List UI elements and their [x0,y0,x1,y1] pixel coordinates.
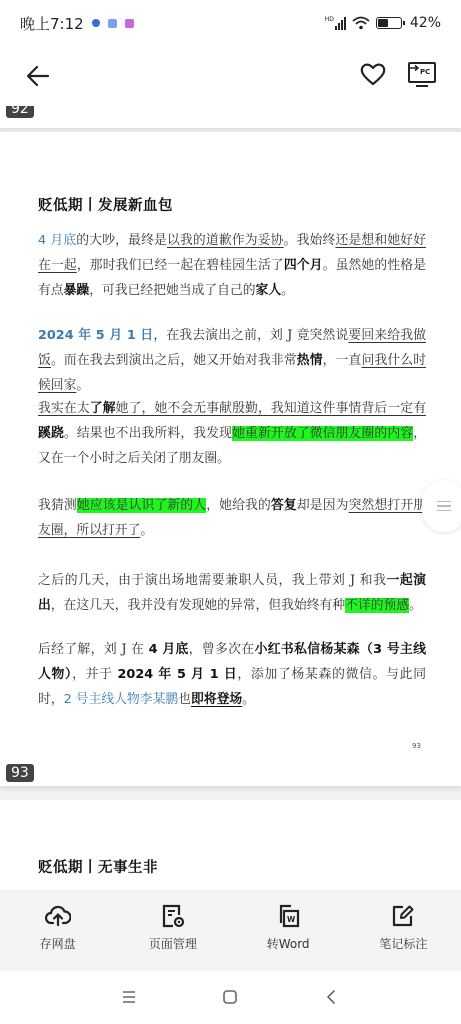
floating-menu-button[interactable] [422,480,461,532]
paragraph-1: 4 月底的大吵，最终是以我的道歉作为妥协。我始终还是想和她好好在一起，那时我们已… [38,228,426,303]
menu-icon[interactable] [117,985,141,1009]
highlight: 不详的预感 [345,598,409,613]
toolbar-label: 转Word [267,935,310,952]
paragraph-3: 我实在太了解她了，她不会无事献殷勤，我知道这件事情背后一定有蹊跷。结果也不出我所… [38,396,426,471]
previous-page-edge: 92 [0,106,461,128]
svg-text:PC: PC [420,68,430,76]
next-chapter-title: 贬低期丨无事生非 [38,856,158,877]
word-convert-icon: W [275,903,301,929]
paragraph-5: 之后的几天，由于演出场地需要兼职人员，我上带刘 J 和我一起演出，在这几天，我并… [38,568,426,618]
svg-text:W: W [287,915,296,924]
page-management-button[interactable]: 页面管理 [115,891,230,971]
battery-icon [376,17,402,29]
page-badge-previous: 92 [6,106,34,118]
page-settings-icon [160,903,186,929]
top-app-bar: PC [0,46,461,106]
notification-icon-1 [92,19,100,27]
cloud-upload-icon [45,903,71,929]
highlight: 她应该是认识了新的人 [77,498,206,513]
signal-icon: HD [325,16,346,30]
system-nav-bar [0,971,461,1024]
document-page: 贬低期丨发展新血包 4 月底的大吵，最终是以我的道歉作为妥协。我始终还是想和她好… [0,132,461,786]
bottom-toolbar: 存网盘 页面管理 W 转Word 笔记标注 [0,891,461,971]
notification-icon-2 [108,19,117,28]
next-page: 贬低期丨无事生非 [0,800,461,890]
page-badge-current: 93 [6,764,34,782]
save-to-cloud-button[interactable]: 存网盘 [0,891,115,971]
back-arrow-icon[interactable] [24,62,52,90]
send-to-pc-icon[interactable]: PC [406,60,438,90]
toolbar-label: 页面管理 [149,935,197,952]
battery-level: 42% [410,15,441,31]
toolbar-label: 存网盘 [40,935,76,952]
paragraph-4: 我猜测她应该是认识了新的人，她给我的答复却是因为突然想打开朋友圈，所以打开了。 [38,493,426,543]
convert-to-word-button[interactable]: W 转Word [231,891,346,971]
status-time: 晚上7:12 [20,13,84,34]
back-icon[interactable] [320,985,344,1009]
menu-lines-icon [437,498,451,515]
paragraph-6: 后经了解，刘 J 在 4 月底，曾多次在小红书私信杨某森（3 号主线人物），并于… [38,637,426,712]
chapter-title: 贬低期丨发展新血包 [38,194,173,215]
page-footer-number: 93 [412,742,421,750]
toolbar-label: 笔记标注 [379,935,427,952]
paragraph-2: 2024 年 5 月 1 日，在我去演出之前，刘 J 竟突然说要回来给我做饭。而… [38,323,426,398]
note-annotation-button[interactable]: 笔记标注 [346,891,461,971]
notification-icon-3 [125,19,134,28]
favorite-heart-icon[interactable] [359,60,387,88]
highlight: 她重新开放了微信朋友圈的内容 [232,426,413,441]
status-bar: 晚上7:12 HD 42% [0,0,461,46]
edit-note-icon [390,903,416,929]
network-type: HD [325,16,334,23]
home-icon[interactable] [218,985,242,1009]
wifi-icon [352,16,370,30]
